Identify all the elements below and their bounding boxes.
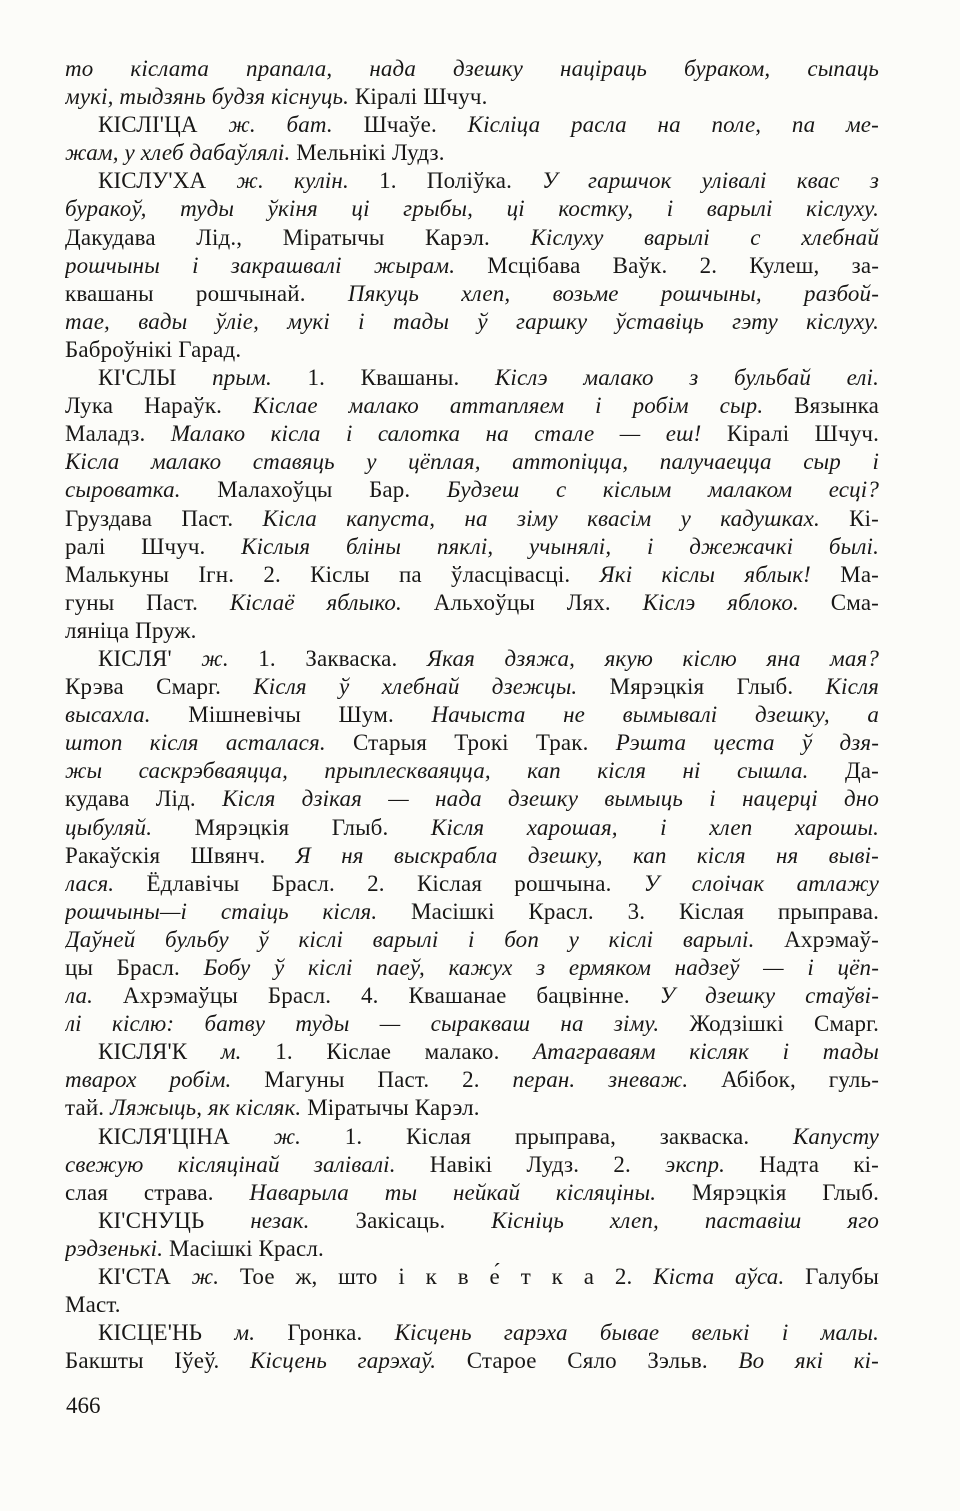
text-line: ла. Ахрэмаўцы Брасл. 4. Квашанае бацвінн… (65, 982, 879, 1010)
italic-run: тварох робім. (65, 1067, 231, 1092)
italic-run: У гаршчок улівалі квас з (512, 168, 879, 193)
roman-run: Міратычы Карэл. (301, 1095, 479, 1120)
text-line: гуны Паст. Кіслаё яблыко. Альхоўцы Лях. … (65, 589, 879, 617)
italic-run: рошчыны—і стаіць кісля. (65, 899, 377, 924)
roman-run: КІСЛУ'ХА (98, 168, 206, 193)
italic-run: Кісніць хлеп, паставіш яго (445, 1208, 879, 1233)
italic-run: то кіслата прапала, нада дзешку націраць… (65, 56, 879, 81)
text-line: КІСЛЯ'ЦІНА ж. 1. Кіслая прыправа, заквас… (65, 1123, 879, 1151)
italic-run: Ляжыць, як кісляк. (104, 1095, 301, 1120)
roman-run: Ахрэмаў- (755, 927, 880, 952)
text-line: КІСЛЯ'К м. 1. Кіслае малако. Атаграваям … (65, 1038, 879, 1066)
roman-run: ляніца Пруж. (65, 618, 196, 643)
italic-run: Якая дзяжа, якую кіслю яна мая? (397, 646, 879, 671)
roman-run: тай. (65, 1095, 104, 1120)
text-line: штоп кісля асталася. Старыя Трокі Трак. … (65, 729, 879, 757)
text-line: КІСЛЯ' ж. 1. Закваска. Якая дзяжа, якую … (65, 645, 879, 673)
roman-run: Надта кі- (725, 1152, 879, 1177)
roman-run: Старое Сяло Зэльв. (436, 1348, 708, 1373)
text-line: ляніца Пруж. (65, 617, 879, 645)
italic-run: Малако кісла і салотка на стале — еш! (145, 421, 701, 446)
roman-run: КІСЛЯ' (98, 646, 172, 671)
italic-run: м. (202, 1320, 255, 1345)
text-line: Маст. (65, 1291, 879, 1319)
italic-run: Які кіслы яблык! (570, 562, 811, 587)
text-line: Баброўнікі Гарад. (65, 336, 879, 364)
text-line: жы саскрэбваяцца, прыплескваяцца, кап кі… (65, 757, 879, 785)
italic-run: лі кіслю: батву туды — сыракваш на зіму. (65, 1011, 659, 1036)
scanned-dictionary-page: то кіслата прапала, нада дзешку націраць… (0, 0, 960, 1511)
roman-run: Мельнікі Лудз. (290, 140, 444, 165)
text-block: то кіслата прапала, нада дзешку націраць… (65, 55, 879, 1375)
italic-run: лася. (65, 871, 114, 896)
italic-run: ж. бат. (198, 112, 333, 137)
italic-run: незак. (204, 1208, 309, 1233)
roman-run: Дакудава Лід., Міратычы Карэл. (65, 225, 490, 250)
roman-run: Закісаць. (310, 1208, 446, 1233)
roman-run: 1. Кіслае малако. (242, 1039, 500, 1064)
italic-run: Кісцень гарэхаў. (219, 1348, 436, 1373)
roman-run: 1. Квашаны. (272, 365, 460, 390)
italic-run: перан. зневаж. (480, 1067, 689, 1092)
roman-run: слая страва. (65, 1180, 214, 1205)
text-line: квашаны рошчынай. Пякуць хлеп, возьме ро… (65, 280, 879, 308)
roman-run: Ракаўскія Швянч. (65, 843, 265, 868)
text-line: слая страва. Наварыла ты нейкай кісляцін… (65, 1179, 879, 1207)
italic-run: Кіста аўса. (632, 1264, 784, 1289)
roman-run: Бакшты Іўеў. (65, 1348, 219, 1373)
roman-run: Абібок, гуль- (688, 1067, 879, 1092)
text-line: Бакшты Іўеў. Кісцень гарэхаў. Старое Сял… (65, 1347, 879, 1375)
italic-run: Кіслаё яблыко. (198, 590, 402, 615)
italic-run: рошчыны і закрашвалі жырам. (65, 253, 455, 278)
text-line: КІСЛІ'ЦА ж. бат. Шчаўе. Кісліца расла на… (65, 111, 879, 139)
text-line: цыбуляй. Мярэцкія Глыб. Кісля харошая, і… (65, 814, 879, 842)
italic-run: Кіслыя бліны пяклі, учынялі, і джежачкі … (205, 534, 879, 559)
roman-run: Малькуны Ігн. 2. Кіслы па ўласцівасці. (65, 562, 570, 587)
italic-run: У слоічак атлажу (612, 871, 880, 896)
text-line: свежую кісляцінай залівалі. Навікі Лудз.… (65, 1151, 879, 1179)
text-line: Крэва Смарг. Кісля ў хлебнай дзежцы. Мяр… (65, 673, 879, 701)
text-line: тае, вады ўліе, мукі і тады ў гаршку ўст… (65, 308, 879, 336)
italic-run: ж. (230, 1124, 301, 1149)
italic-run: Кісцень гарэха бывае велькі і малы. (362, 1320, 879, 1345)
roman-run: Кіралі Шчуч. (701, 421, 879, 446)
text-line: Лука Нараўк. Кіслае малако аттапляем і р… (65, 392, 879, 420)
italic-run: Даўней бульбу ў кіслі варылі і боп у кіс… (65, 927, 755, 952)
roman-run: Жодзішкі Смарг. (659, 1011, 879, 1036)
italic-run: У дзешку стаўві- (630, 983, 879, 1008)
roman-run: Мярэцкія Глыб. (152, 815, 388, 840)
roman-run: Тое ж, што і к в е́ т к а 2. (219, 1264, 632, 1289)
roman-run: 1. Кіслая прыправа, закваска. (301, 1124, 749, 1149)
roman-run: кудава Лід. (65, 786, 196, 811)
text-line: КІ'СТА ж. Тое ж, што і к в е́ т к а 2. К… (65, 1263, 879, 1291)
italic-run: Кісла капуста, на зіму квасім у кадушках… (233, 506, 820, 531)
text-line: кудава Лід. Кісля дзікая — нада дзешку в… (65, 785, 879, 813)
roman-run: КІ'СНУЦЬ (98, 1208, 204, 1233)
text-line: тварох робім. Магуны Паст. 2. перан. зне… (65, 1066, 879, 1094)
roman-run: Сма- (799, 590, 879, 615)
italic-run: прым. (176, 365, 271, 390)
text-line: тай. Ляжыць, як кісляк. Міратычы Карэл. (65, 1094, 879, 1122)
italic-run: ж. (172, 646, 229, 671)
roman-run: Старыя Трокі Трак. (326, 730, 589, 755)
roman-run: Мярэцкія Глыб. (577, 674, 793, 699)
text-line: лася. Ёдлавічы Брасл. 2. Кіслая рошчына.… (65, 870, 879, 898)
roman-run: Галубы (784, 1264, 879, 1289)
roman-run: Ёдлавічы Брасл. 2. Кіслая рошчына. (114, 871, 611, 896)
text-line: жам, у хлеб дабаўлялі. Мельнікі Лудз. (65, 139, 879, 167)
page-number: 466 (66, 1392, 101, 1420)
roman-run: Крэва Смарг. (65, 674, 221, 699)
italic-run: Кісля дзікая — нада дзешку вымыць і наце… (196, 786, 879, 811)
roman-run: Кі- (820, 506, 879, 531)
text-line: Ракаўскія Швянч. Я ня выскрабла дзешку, … (65, 842, 879, 870)
text-line: Малькуны Ігн. 2. Кіслы па ўласцівасці. Я… (65, 561, 879, 589)
italic-run: м. (187, 1039, 241, 1064)
text-line: Груздава Паст. Кісла капуста, на зіму кв… (65, 505, 879, 533)
italic-run: цыбуляй. (65, 815, 152, 840)
italic-run: Будзеш с кіслым малаком есці? (410, 477, 879, 502)
italic-run: свежую кісляцінай залівалі. (65, 1152, 396, 1177)
text-line: КІ'СНУЦЬ незак. Закісаць. Кісніць хлеп, … (65, 1207, 879, 1235)
italic-run: Начыста не вымывалі дзешку, а (394, 702, 879, 727)
roman-run: КІ'СТА (98, 1264, 171, 1289)
roman-run: ралі Шчуч. (65, 534, 205, 559)
text-line: КІСЦЕ'НЬ м. Гронка. Кісцень гарэха бывае… (65, 1319, 879, 1347)
roman-run: КІСЛЯ'К (98, 1039, 187, 1064)
text-line: рошчыны і закрашвалі жырам. Мсцібава Ваў… (65, 252, 879, 280)
italic-run: Кісля ў хлебнай дзежцы. (221, 674, 577, 699)
text-line: лі кіслю: батву туды — сыракваш на зіму.… (65, 1010, 879, 1038)
italic-run: Кісліца расла на поле, па ме- (437, 112, 879, 137)
italic-run: Капусту (749, 1124, 879, 1149)
roman-run: Масішкі Красл. 3. Кіслая прыправа. (377, 899, 879, 924)
text-line: КІСЛУ'ХА ж. кулін. 1. Поліўка. У гаршчок… (65, 167, 879, 195)
italic-run: Кісля харошая, і хлеп харошы. (388, 815, 879, 840)
text-line: Даўней бульбу ў кіслі варылі і боп у кіс… (65, 926, 879, 954)
italic-run: рэдзенькі. (65, 1236, 163, 1261)
roman-run: КІСЦЕ'НЬ (98, 1320, 202, 1345)
text-line: Маладз. Малако кісла і салотка на стале … (65, 420, 879, 448)
italic-run: Пякуць хлеп, возьме рошчыны, разбой- (306, 281, 879, 306)
roman-run: Шчаўе. (333, 112, 437, 137)
roman-run: Масішкі Красл. (163, 1236, 324, 1261)
italic-run: жам, у хлеб дабаўлялі. (65, 140, 290, 165)
italic-run: тае, вады ўліе, мукі і тады ў гаршку ўст… (65, 309, 879, 334)
roman-run: Ахрэмаўцы Брасл. 4. Квашанае бацвінне. (93, 983, 630, 1008)
italic-run: ж. кулін. (206, 168, 349, 193)
text-line: рошчыны—і стаіць кісля. Масішкі Красл. 3… (65, 898, 879, 926)
text-line: рэдзенькі. Масішкі Красл. (65, 1235, 879, 1263)
text-line: цы Брасл. Бобу ў кіслі паеў, кажух з ерм… (65, 954, 879, 982)
italic-run: Кісля (793, 674, 879, 699)
roman-run: КІСЛІ'ЦА (98, 112, 198, 137)
italic-run: Кіслае малако аттапляем і робім сыр. (222, 393, 763, 418)
italic-run: мукі, тыдзянь будзя кіснуць. (65, 84, 349, 109)
roman-run: Мішневічы Шум. (151, 702, 394, 727)
roman-run: Баброўнікі Гарад. (65, 337, 241, 362)
roman-run: Вязынка (763, 393, 879, 418)
roman-run: Кіралі Шчуч. (349, 84, 488, 109)
roman-run: Маладз. (65, 421, 145, 446)
italic-run: ж. (171, 1264, 219, 1289)
italic-run: Во які кі- (708, 1348, 879, 1373)
roman-run: Мярэцкія Глыб. (656, 1180, 879, 1205)
text-line: буракоў, туды ўкіня ці грыбы, ці костку,… (65, 195, 879, 223)
roman-run: Груздава Паст. (65, 506, 233, 531)
text-line: мукі, тыдзянь будзя кіснуць. Кіралі Шчуч… (65, 83, 879, 111)
roman-run: Навікі Лудз. 2. (396, 1152, 631, 1177)
italic-run: Наварыла ты нейкай кісляціны. (214, 1180, 656, 1205)
italic-run: высахла. (65, 702, 151, 727)
roman-run: Лука Нараўк. (65, 393, 222, 418)
italic-run: Кіслэ яблоко. (611, 590, 799, 615)
italic-run: Кісла малако ставяць у цёплая, аттопіцца… (65, 449, 879, 474)
text-line: Кісла малако ставяць у цёплая, аттопіцца… (65, 448, 879, 476)
italic-run: Кіслуху варылі с хлебнай (490, 225, 879, 250)
italic-run: Я ня выскрабла дзешку, кап кісля ня выві… (265, 843, 879, 868)
roman-run: 1. Поліўка. (349, 168, 512, 193)
roman-run: Малахоўцы Бар. (181, 477, 411, 502)
italic-run: ла. (65, 983, 93, 1008)
roman-run: Мсцібава Ваўк. 2. Кулеш, за- (455, 253, 879, 278)
text-line: КІ'СЛЫ прым. 1. Квашаны. Кіслэ малако з … (65, 364, 879, 392)
roman-run: квашаны рошчынай. (65, 281, 306, 306)
roman-run: Да- (809, 758, 879, 783)
text-line: то кіслата прапала, нада дзешку націраць… (65, 55, 879, 83)
text-line: высахла. Мішневічы Шум. Начыста не вымыв… (65, 701, 879, 729)
italic-run: Рэшта цеста ў дзя- (589, 730, 880, 755)
roman-run: Альхоўцы Лях. (402, 590, 611, 615)
italic-run: Кіслэ малако з бульбай елі. (459, 365, 879, 390)
italic-run: сыроватка. (65, 477, 181, 502)
text-line: Дакудава Лід., Міратычы Карэл. Кіслуху в… (65, 224, 879, 252)
italic-run: жы саскрэбваяцца, прыплескваяцца, кап кі… (65, 758, 809, 783)
italic-run: штоп кісля асталася. (65, 730, 326, 755)
italic-run: Бобу ў кіслі паеў, кажух з ермяком надзе… (180, 955, 879, 980)
text-line: ралі Шчуч. Кіслыя бліны пяклі, учынялі, … (65, 533, 879, 561)
roman-run: Маст. (65, 1292, 121, 1317)
roman-run: Гронка. (255, 1320, 362, 1345)
italic-run: буракоў, туды ўкіня ці грыбы, ці костку,… (65, 196, 879, 221)
italic-run: экспр. (631, 1152, 725, 1177)
roman-run: Ма- (811, 562, 879, 587)
italic-run: Атаграваям кісляк і тады (499, 1039, 879, 1064)
roman-run: цы Брасл. (65, 955, 180, 980)
roman-run: КІ'СЛЫ (98, 365, 176, 390)
text-line: сыроватка. Малахоўцы Бар. Будзеш с кіслы… (65, 476, 879, 504)
roman-run: КІСЛЯ'ЦІНА (98, 1124, 230, 1149)
roman-run: Магуны Паст. 2. (231, 1067, 479, 1092)
roman-run: гуны Паст. (65, 590, 198, 615)
roman-run: 1. Закваска. (229, 646, 398, 671)
